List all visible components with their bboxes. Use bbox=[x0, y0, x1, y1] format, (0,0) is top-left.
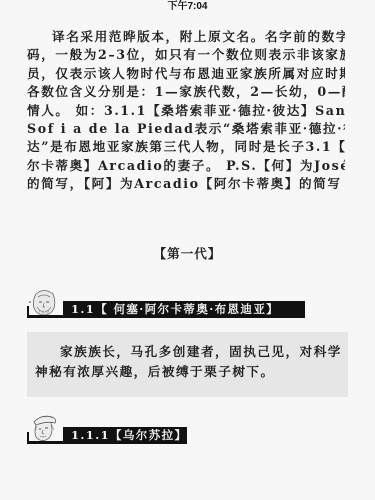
header-underline bbox=[27, 315, 65, 318]
intro-line: 尔卡蒂奥】Arcadio的妻子。 P.S.【何】为José【何塞】 bbox=[27, 157, 345, 175]
description-line: 神秘有浓厚兴趣，后被缚于栗子树下。 bbox=[35, 362, 340, 382]
character-header-1-1-1: 1.1.1【乌尔苏拉】 bbox=[27, 414, 185, 444]
intro-line: 员，仅表示该人物时代与布恩迪亚家族所属对应时期。 bbox=[27, 65, 345, 83]
woman-with-headscarf-portrait-icon bbox=[27, 414, 61, 444]
intro-line: 译名采用范晔版本，附上原文名。名字前的数字编 bbox=[27, 28, 345, 46]
intro-line: 码，一般为2–3位，如只有一个数位则表示非该家族成 bbox=[27, 46, 345, 64]
character-header-1-1: 1.1【 何塞·阿尔卡蒂奥·布恩迪亚】 bbox=[27, 288, 299, 318]
ebook-page[interactable]: 译名采用范晔版本，附上原文名。名字前的数字编 码，一般为2–3位，如只有一个数位… bbox=[0, 0, 375, 500]
intro-line: 的简写，【阿】为Arcadio【阿尔卡蒂奥】的简写 bbox=[27, 175, 345, 193]
intro-line: 各数位含义分别是：1—家族代数，2—长幼，0—配偶或 bbox=[27, 83, 345, 101]
intro-line: Sof i a de la Piedad表示“桑塔索菲亚·德拉·彼 bbox=[27, 120, 345, 138]
character-description-box: 家族族长，马孔多创建者，固执己见，对科学和 神秘有浓厚兴趣，后被缚于栗子树下。 bbox=[27, 332, 348, 397]
description-line: 家族族长，马孔多创建者，固执己见，对科学和 bbox=[35, 342, 340, 362]
intro-line: 情人。 如：3.1.1【桑塔索菲亚·德拉·彼达】Santa bbox=[27, 102, 345, 120]
character-name-label: 1.1【 何塞·阿尔卡蒂奥·布恩迪亚】 bbox=[63, 301, 305, 318]
generation-heading: 【第一代】 bbox=[0, 243, 375, 262]
elderly-man-portrait-icon bbox=[27, 288, 61, 318]
character-name-label: 1.1.1【乌尔苏拉】 bbox=[63, 427, 187, 444]
header-underline bbox=[27, 441, 65, 444]
intro-paragraph: 译名采用范晔版本，附上原文名。名字前的数字编 码，一般为2–3位，如只有一个数位… bbox=[27, 28, 345, 194]
intro-line: 达”是布恩地亚家族第三代人物，同时是长子3.1【阿 bbox=[27, 138, 345, 156]
